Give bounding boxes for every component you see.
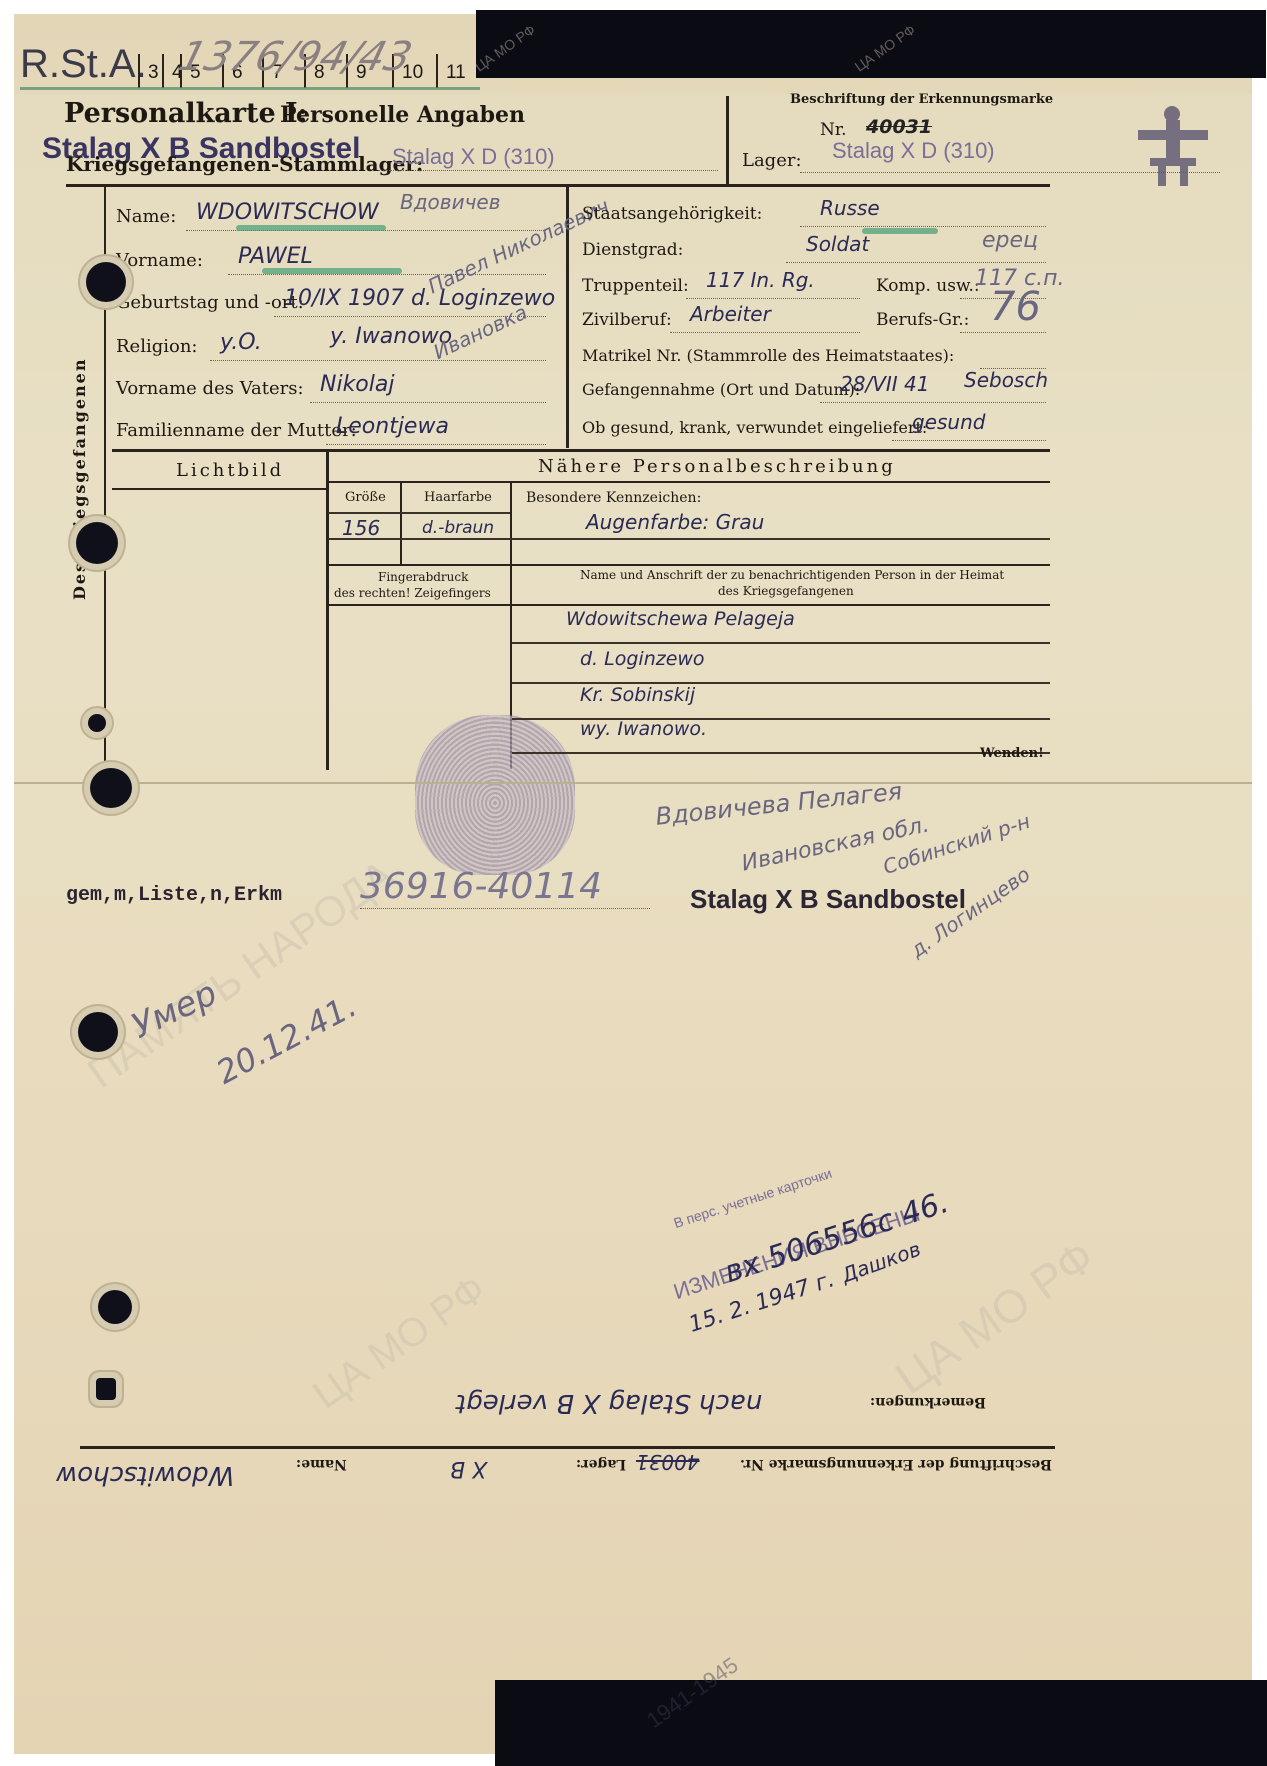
field-dotline <box>310 402 546 403</box>
footer-remarks-value: nach Stalag X B verlegt <box>456 1388 762 1418</box>
cell-rule <box>328 564 1050 566</box>
field-value: y.O. <box>220 330 262 355</box>
tag-nr-label: Nr. <box>820 120 847 140</box>
lower-camp-stamp: Stalag X B Sandbostel <box>690 884 966 915</box>
field-annotation: ерец <box>982 228 1038 253</box>
contact-label: Name und Anschrift der zu benachrichtige… <box>580 568 1004 582</box>
field-value: WDOWITSCHOW <box>196 200 379 225</box>
contact-rule <box>512 642 1050 644</box>
cell-rule <box>328 538 1050 540</box>
tag-nr-value: 40031 <box>866 116 932 138</box>
frame-top <box>66 184 1050 187</box>
field-dotline <box>670 332 860 333</box>
punch-hole <box>98 1290 132 1324</box>
tag-heading: Beschriftung der Erkennungsmarke <box>790 92 1053 107</box>
redaction-bottom <box>495 1680 1267 1766</box>
number-cell: 11 <box>436 54 466 88</box>
tag-lager-label: Lager: <box>742 150 802 171</box>
fingerprint-label-2: des rechten! Zeigefingers <box>334 586 491 600</box>
field-label: Vorname: <box>116 250 203 271</box>
photo-rule <box>112 488 327 490</box>
footer-tag-label: Beschriftung der Erkennungsmarke Nr. <box>740 1456 1052 1472</box>
cell-rule <box>328 512 510 514</box>
field-value: Arbeiter <box>690 302 771 326</box>
field-dotline <box>326 444 546 445</box>
field-dotline <box>686 298 860 299</box>
tag-box-divider <box>726 96 729 184</box>
highlight-mark <box>862 228 938 234</box>
punch-hole <box>86 262 126 302</box>
footer-name-label: Name: <box>296 1456 347 1472</box>
footer-rule <box>80 1446 1055 1449</box>
cell-rule <box>328 604 1050 606</box>
fold-line <box>14 782 1252 784</box>
footer-name-value: Wdowitschow <box>56 1460 234 1490</box>
fingerprint-image <box>415 715 575 875</box>
field-dotline <box>210 360 546 361</box>
field-label-2: Berufs-Gr.: <box>876 310 969 330</box>
field-label: Gefangennahme (Ort und Datum): <box>582 380 860 399</box>
field-label: Staatsangehörigkeit: <box>582 204 762 224</box>
field-value: Soldat <box>806 232 869 256</box>
field-value: Nikolaj <box>320 372 394 397</box>
field-dotline <box>820 402 1046 403</box>
contact-line: wy. Iwanowo. <box>580 718 707 740</box>
footer-tag-value: 40031 <box>636 1450 700 1474</box>
description-heading: Nähere Personalbeschreibung <box>538 456 896 477</box>
eagle-stamp-icon <box>1130 100 1210 190</box>
field-dotline <box>892 440 1046 441</box>
field-value-2: 76 <box>990 284 1041 330</box>
punch-hole <box>88 714 106 732</box>
field-label: Zivilberuf: <box>582 310 672 330</box>
punch-hole <box>78 1012 118 1052</box>
field-value: Leontjewa <box>336 414 449 439</box>
contact-line: Kr. Sobinskij <box>580 684 695 706</box>
desc-divider <box>326 452 329 770</box>
hair-value: d.-braun <box>422 518 494 538</box>
side-label: Des Kriegsgefangenen <box>70 358 89 600</box>
contact-line: Wdowitschewa Pelageja <box>566 608 795 630</box>
field-extra: Sebosch <box>964 368 1048 392</box>
field-value: 117 In. Rg. <box>706 268 815 292</box>
footer-lager-label: Lager: <box>576 1456 626 1472</box>
field-label: Ob gesund, krank, verwundet eingeliefert… <box>582 418 927 437</box>
field-value: 28/VII 41 <box>840 372 929 396</box>
contact-line: d. Loginzewo <box>580 648 705 670</box>
archive-stamp: R.St.A. <box>20 42 147 87</box>
card-title: Personalkarte I: <box>64 98 308 129</box>
photo-label: Lichtbild <box>176 460 284 481</box>
field-value: Russe <box>820 196 880 220</box>
field-value: PAWEL <box>238 244 313 269</box>
field-label: Truppenteil: <box>582 276 689 296</box>
card-subtitle: Personelle Angaben <box>280 102 525 128</box>
fingerprint-label: Fingerabdruck <box>378 570 468 584</box>
contact-label-2: des Kriegsgefangenen <box>718 584 854 598</box>
tag-lager-stamp: Stalag X D (310) <box>832 138 995 164</box>
field-dotline <box>960 332 1046 333</box>
turn-over-label: Wenden! <box>980 746 1044 761</box>
height-label: Größe <box>345 490 386 505</box>
punch-hole <box>96 1378 116 1400</box>
field-label: Familienname der Mutter: <box>116 420 357 441</box>
field-label: Matrikel Nr. (Stammrolle des Heimatstaat… <box>582 346 954 365</box>
field-dotline <box>786 262 1046 263</box>
typed-label: gem,m,Liste,n,Erkm <box>66 884 282 907</box>
marks-label: Besondere Kennzeichen: <box>526 490 701 506</box>
redaction-top <box>476 10 1266 78</box>
highlight-mark <box>236 225 386 231</box>
field-dotline <box>228 274 546 275</box>
field-label: Dienstgrad: <box>582 240 683 260</box>
field-dotline <box>800 226 1046 227</box>
footer-remarks-label: Bemerkungen: <box>870 1394 986 1410</box>
cell-divider <box>400 483 402 565</box>
highlight-mark <box>262 268 402 274</box>
typed-value: 36916-40114 <box>360 866 602 907</box>
contact-rule <box>512 752 1050 754</box>
camp-label: Kriegsgefangenen-Stammlager: <box>66 152 423 176</box>
number-cell: 3 <box>138 54 159 88</box>
camp-dotline <box>378 170 718 171</box>
marks-value: Augenfarbe: Grau <box>586 510 764 534</box>
typed-dotline <box>360 908 650 909</box>
field-annotation: Вдовичев <box>400 190 500 214</box>
footer-lager-value: X B <box>450 1456 487 1481</box>
field-label: Name: <box>116 206 176 227</box>
field-label: Vorname des Vaters: <box>116 378 304 399</box>
hair-label: Haarfarbe <box>424 490 492 505</box>
strip-underline <box>20 87 480 90</box>
field-label: Religion: <box>116 336 198 357</box>
camp-value-stamp: Stalag X D (310) <box>392 144 555 170</box>
field-value: gesund <box>912 410 985 434</box>
punch-hole <box>90 768 132 808</box>
field-label: Geburtstag und -ort: <box>116 292 304 313</box>
frame-section <box>112 449 1050 452</box>
height-value: 156 <box>342 516 380 540</box>
handwritten-reg-number: 1376/94/43 <box>174 34 417 80</box>
punch-hole <box>76 522 118 564</box>
field-label-2: Komp. usw.: <box>876 276 980 296</box>
desc-rule <box>328 481 1050 483</box>
